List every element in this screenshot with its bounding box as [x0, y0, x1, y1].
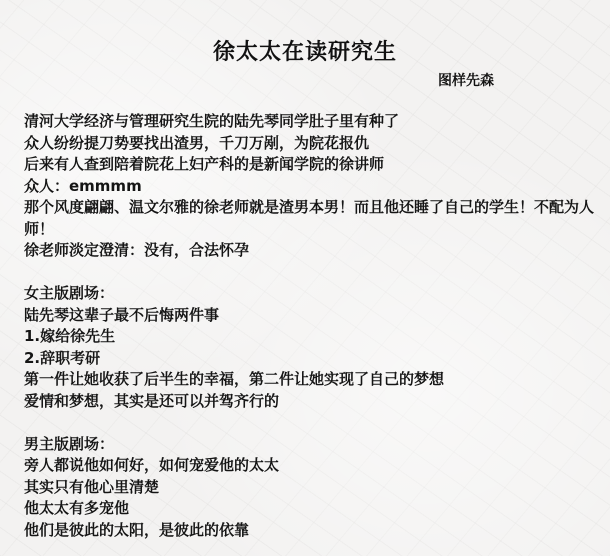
- document-body: 清河大学经济与管理研究生院的陆先琴同学肚子里有种了 众人纷纷提刀势要找出渣男，千…: [24, 111, 602, 541]
- section-heading-heroine: 女主版剧场：: [24, 283, 602, 305]
- author-byline: 图样先森: [438, 70, 494, 90]
- paragraph-line: 爱情和梦想，其实是还可以并驾齐行的: [24, 391, 602, 413]
- paragraph-line: 徐老师淡定澄清：没有，合法怀孕: [24, 240, 602, 262]
- paragraph-line: 陆先琴这辈子最不后悔两件事: [24, 305, 602, 327]
- paragraph-line: 旁人都说他如何好，如何宠爱他的太太: [24, 455, 602, 477]
- paragraph-gap: [24, 262, 602, 284]
- document-title: 徐太太在读研究生: [0, 35, 610, 66]
- paragraph-line: 他太太有多宠他: [24, 498, 602, 520]
- paragraph-gap: [24, 412, 602, 434]
- paragraph-line: 众人：emmmm: [24, 176, 602, 198]
- paragraph-line: 他们是彼此的太阳，是彼此的依靠: [24, 520, 602, 542]
- paragraph-line: 清河大学经济与管理研究生院的陆先琴同学肚子里有种了: [24, 111, 602, 133]
- paragraph-line: 后来有人查到陪着院花上妇产科的是新闻学院的徐讲师: [24, 154, 602, 176]
- paragraph-line: 第一件让她收获了后半生的幸福，第二件让她实现了自己的梦想: [24, 369, 602, 391]
- paragraph-line: 其实只有他心里清楚: [24, 477, 602, 499]
- paragraph-line: 那个风度翩翩、温文尔雅的徐老师就是渣男本男！而且他还睡了自己的学生！不配为人师！: [24, 197, 602, 240]
- list-item: 2.辞职考研: [24, 348, 602, 370]
- list-item: 1.嫁给徐先生: [24, 326, 602, 348]
- section-heading-hero: 男主版剧场：: [24, 434, 602, 456]
- paragraph-line: 众人纷纷提刀势要找出渣男，千刀万剐，为院花报仇: [24, 133, 602, 155]
